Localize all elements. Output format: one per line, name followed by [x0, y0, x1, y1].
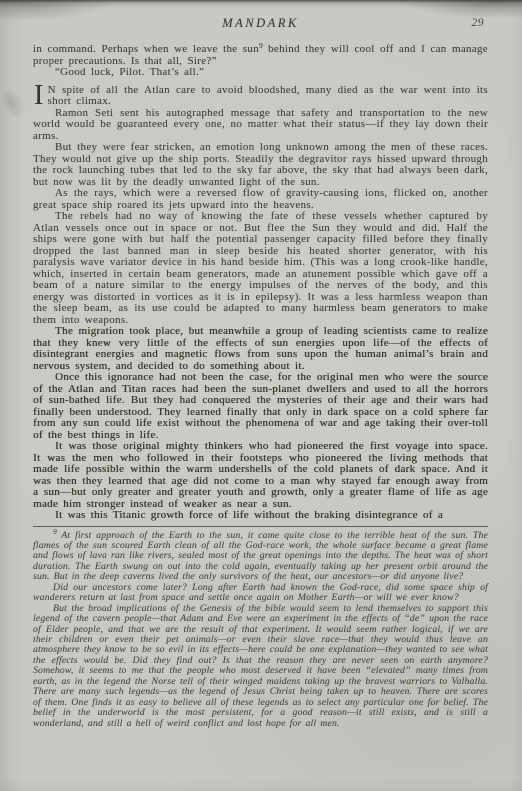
- paragraph: But they were fear stricken, an emotion …: [33, 142, 488, 188]
- footnote-section: 9 At first approach of the Earth to the …: [33, 531, 488, 730]
- dialogue-line: “Good luck, Pilot. That’s all.”: [33, 67, 488, 79]
- paragraph: It was those original mighty thinkers wh…: [33, 441, 488, 510]
- footnote-separator-rule: [33, 526, 488, 527]
- paragraph: Once this ignorance had not been the cas…: [33, 372, 488, 441]
- footnote-paragraph: 9 At first approach of the Earth to the …: [33, 531, 488, 583]
- paragraph: in command. Perhaps when we leave the su…: [33, 44, 488, 67]
- page-body-text: in command. Perhaps when we leave the su…: [33, 44, 488, 522]
- book-title: MANDARK: [33, 16, 488, 31]
- scan-smudge: [0, 88, 30, 123]
- footnote-paragraph: Did our ancestors come later? Long after…: [33, 583, 488, 604]
- footnote-text: At first approach of the Earth to the su…: [33, 530, 488, 583]
- scanned-book-page: MANDARK 29 in command. Perhaps when we l…: [0, 0, 522, 791]
- drop-cap-initial: I: [33, 85, 48, 106]
- footnote-paragraph: But the broad implications of the Genesi…: [33, 604, 488, 729]
- running-header: MANDARK 29: [33, 16, 488, 31]
- paragraph-text: N spite of all the Atlan care to avoid b…: [48, 84, 488, 108]
- page-number: 29: [472, 17, 485, 29]
- paragraph: Ramon Seti sent his autographed message …: [33, 108, 488, 143]
- paragraph: As the rays, which were a reversed flow …: [33, 188, 488, 211]
- paragraph: The migration took place, but meanwhile …: [33, 326, 488, 372]
- paragraph-text: in command. Perhaps when we leave the su…: [33, 43, 259, 55]
- paragraph: It was this Titanic growth force of life…: [33, 510, 488, 522]
- scan-edge-artifact: [0, 0, 522, 8]
- paragraph: IN spite of all the Atlan care to avoid …: [33, 85, 488, 108]
- paragraph: The rebels had no way of knowing the fat…: [33, 211, 488, 326]
